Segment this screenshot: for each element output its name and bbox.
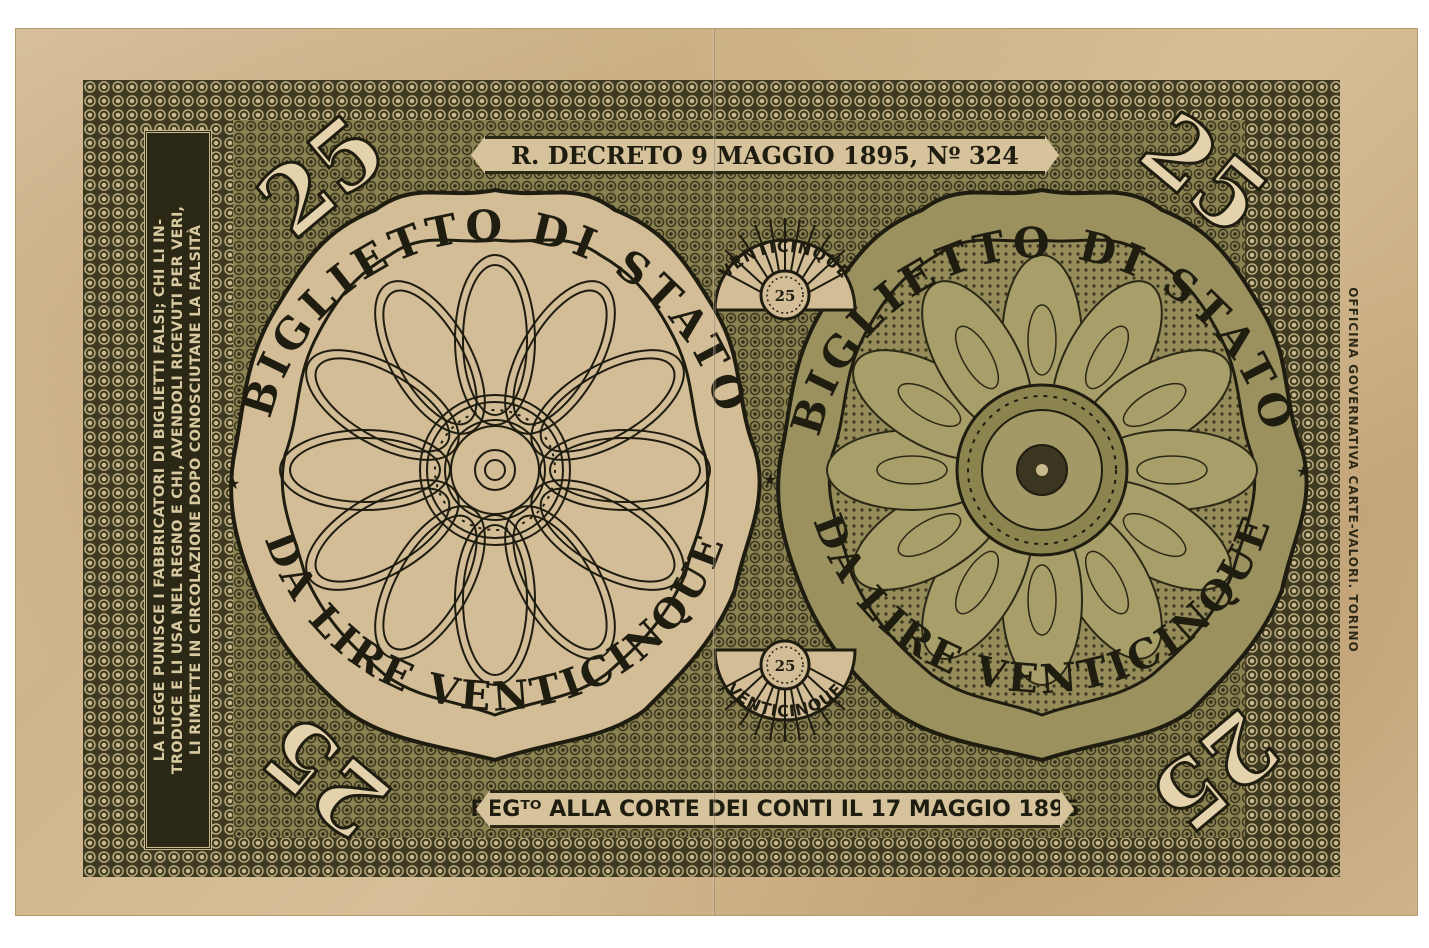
registration-ribbon: REGᵀᴼ ALLA CORTE DEI CONTI IL 17 MAGGIO … (490, 790, 1060, 828)
bottom-sunburst-medallion: 25 VENTICINQUE (695, 620, 875, 780)
warning-line: LA LEGGE PUNISCE I FABBRICATORI DI BIGLI… (151, 140, 169, 840)
decree-ribbon: R. DECRETO 9 MAGGIO 1895, Nº 324 (485, 136, 1045, 174)
small-numeral: 25 (775, 657, 796, 675)
printer-imprint: OFFICINA GOVERNATIVA CARTE-VALORI. TORIN… (1346, 220, 1360, 720)
top-sunburst-medallion: 25 VENTICINQUE (695, 180, 875, 340)
warning-line: LI RIMETTE IN CIRCOLAZIONE DOPO CONOSCIU… (187, 140, 205, 840)
paper-fold-crease (713, 28, 716, 916)
decree-text: R. DECRETO 9 MAGGIO 1895, Nº 324 (511, 141, 1019, 170)
registration-text: REGᵀᴼ ALLA CORTE DEI CONTI IL 17 MAGGIO … (470, 797, 1079, 822)
star-ornament: ★ (226, 474, 240, 493)
warning-line: TRODUCE E LI USA NEL REGNO E CHI, AVENDO… (169, 140, 187, 840)
left-medallion: BIGLIETTO DI STATO DA LIRE VENTICINQUE (215, 170, 775, 770)
legal-warning-panel: LA LEGGE PUNISCE I FABBRICATORI DI BIGLI… (144, 130, 212, 850)
star-ornament: ★ (1296, 462, 1310, 481)
small-numeral: 25 (775, 287, 796, 305)
star-ornament: ★ (763, 470, 777, 489)
